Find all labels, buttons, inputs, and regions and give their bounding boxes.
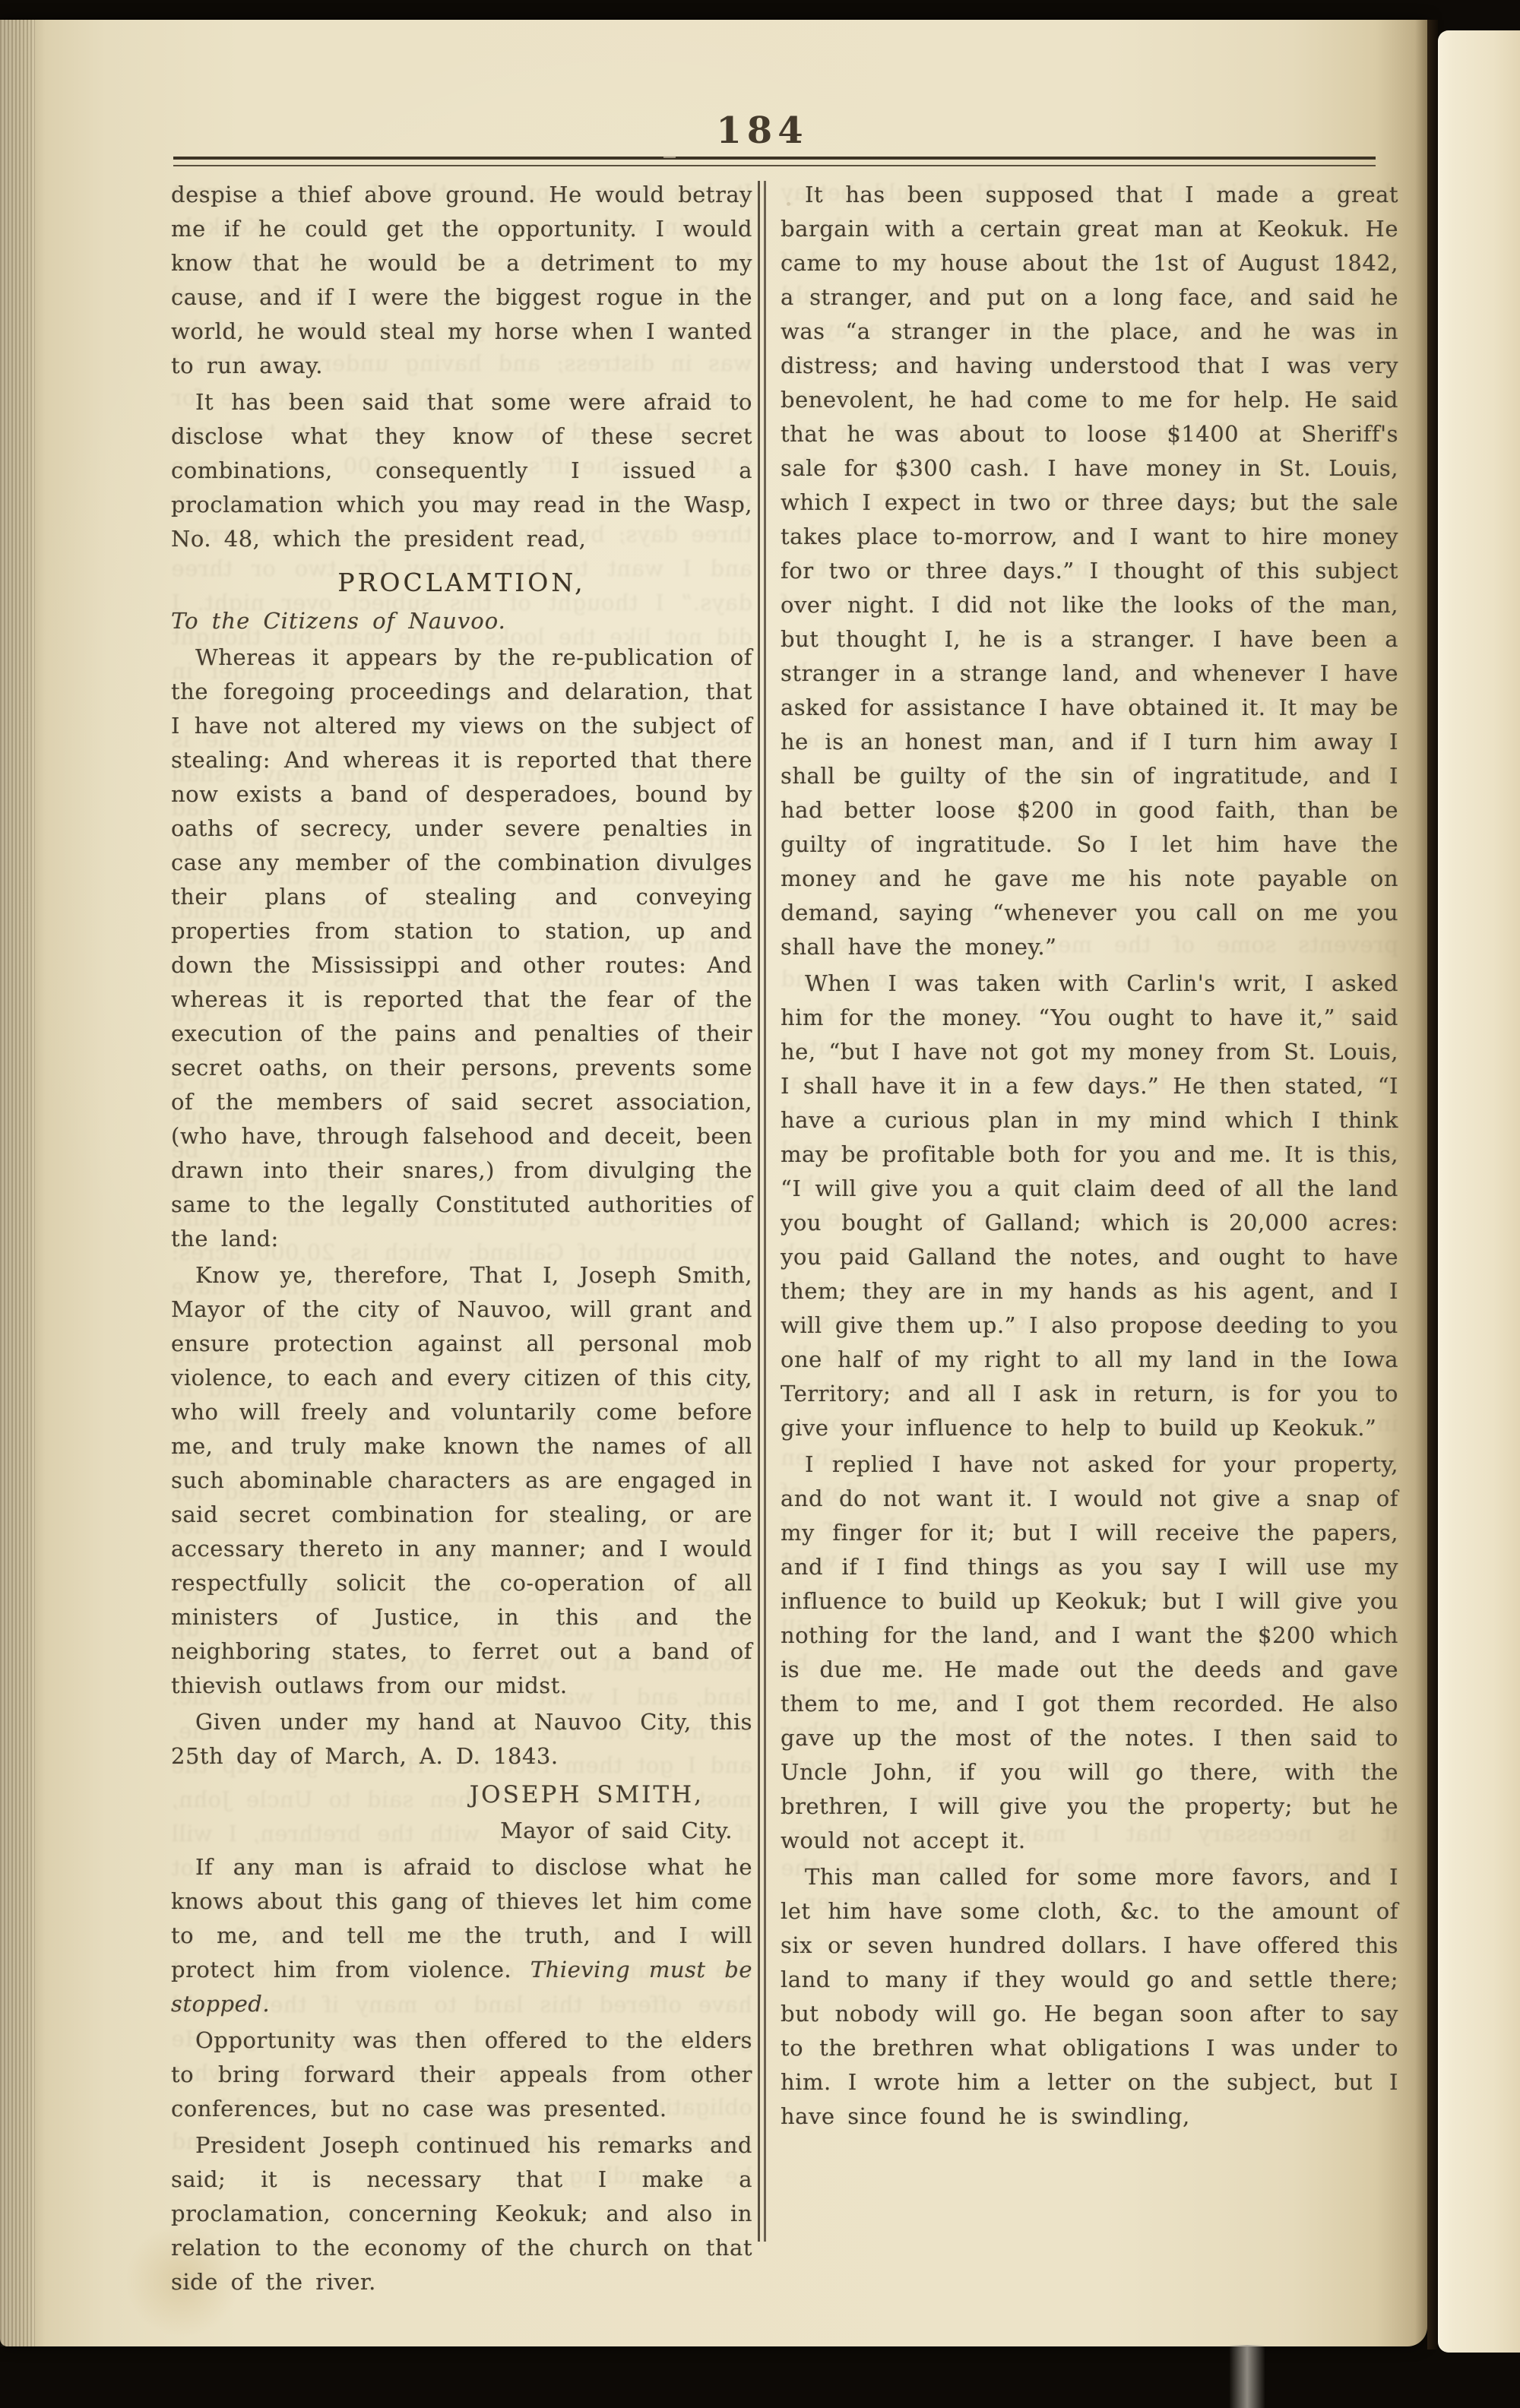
book-page: 184 It has been supposed that I made a g… [0,20,1427,2346]
paragraph-salutation: To the Citizens of Nauvoo. [171,604,752,638]
text-run: President Joseph continued his remarks a… [171,2132,752,2295]
paragraph-sig-name: JOSEPH SMITH, [171,1778,752,1812]
paragraph-body: Whereas it appears by the re-publication… [171,641,752,1256]
text-column-left: despise a thief above ground. He would b… [171,176,752,2299]
scanned-book-photo: 184 It has been supposed that I made a g… [0,0,1520,2408]
text-run: Mayor of said City. [500,1818,733,1843]
text-run: I replied I have not asked for your prop… [781,1451,1398,1853]
page-number: 184 [382,109,1142,152]
paragraph-body: It has been said that some were afraid t… [171,385,752,556]
text-run: PROCLAMTION, [337,568,585,597]
text-run: despise a thief above ground. He would b… [171,182,752,378]
header-rule [173,157,1376,166]
paragraph-body: This man called for some more favors, an… [781,1860,1398,2134]
paragraph-body: Given under my hand at Nauvoo City, this… [171,1705,752,1774]
text-run: When I was taken with Carlin's writ, I a… [781,970,1398,1441]
text-column-right: It has been supposed that I made a great… [781,176,1398,2134]
text-run: It has been supposed that I made a great… [781,182,1398,960]
text-run: To the Citizens of Nauvoo. [171,608,506,634]
paragraph-body: Opportunity was then offered to the elde… [171,2024,752,2126]
opposite-page-edge [1438,30,1520,2353]
paragraph-body: President Joseph continued his remarks a… [171,2128,752,2299]
paragraph-body: Know ye, therefore, That I, Joseph Smith… [171,1258,752,1703]
text-run: It has been said that some were afraid t… [171,389,752,552]
column-divider-rule [758,181,766,2242]
paragraph-body-noindent: despise a thief above ground. He would b… [171,178,752,383]
paragraph-body: If any man is afraid to disclose what he… [171,1850,752,2021]
paragraph-heading: PROCLAMTION, [171,565,752,600]
rule-notch [663,155,676,158]
book-stand-streak [1230,2345,1265,2408]
paragraph-body: I replied I have not asked for your prop… [781,1448,1398,1858]
text-run: Know ye, therefore, That I, Joseph Smith… [171,1262,752,1698]
text-run: Opportunity was then offered to the elde… [171,2027,752,2122]
text-run: Given under my hand at Nauvoo City, this… [171,1709,752,1769]
text-run: This man called for some more favors, an… [781,1864,1398,2129]
paragraph-body: It has been supposed that I made a great… [781,178,1398,964]
binding-edge [0,20,35,2346]
paragraph-body: When I was taken with Carlin's writ, I a… [781,967,1398,1445]
book-gutter-shadow [1427,20,1438,2349]
text-run: JOSEPH SMITH, [470,1781,704,1808]
text-run: Whereas it appears by the re-publication… [171,644,752,1251]
paragraph-sig-title: Mayor of said City. [171,1814,752,1848]
